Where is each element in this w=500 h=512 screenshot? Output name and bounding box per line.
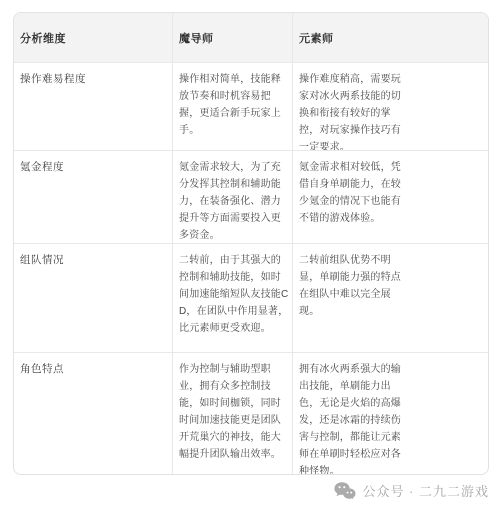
row-character-traits-label: 角色特点: [14, 353, 173, 474]
cell-text: 操作难度稍高，需要玩家对冰火两系技能的切换和衔接有较好的掌控，对玩家操作技巧有一…: [299, 71, 410, 151]
cell-pay-yuansushi: 氪金需求相对较低，凭借自身单刷能力，在较少氪金的情况下也能有不错的游戏体验。: [293, 151, 488, 244]
cell-team-modaoshi: 二转前，由于其强大的控制和辅助技能，如时间加速能缩短队友技能CD，在团队中作用显…: [173, 244, 293, 353]
header-cell-yuansushi: 元素师: [293, 13, 488, 63]
cell-traits-modaoshi: 作为控制与辅助型职业，拥有众多控制技能，如时间枷锁，同时时间加速技能更是团队开荒…: [173, 353, 293, 474]
cell-text: 拥有冰火两系强大的输出技能，单刷能力出色，无论是火焰的高爆发，还是冰霜的持续伤害…: [299, 361, 410, 474]
row-pay-degree-label: 氪金程度: [14, 151, 173, 244]
wechat-icon: [334, 482, 356, 499]
cell-text: 氪金需求相对较低，凭借自身单刷能力，在较少氪金的情况下也能有不错的游戏体验。: [299, 159, 410, 227]
cell-text: 氪金需求较大，为了充分发挥其控制和辅助能力，在装备强化、潜力提升等方面需要投入更…: [179, 159, 290, 244]
cell-operation-yuansushi: 操作难度稍高，需要玩家对冰火两系技能的切换和衔接有较好的掌控，对玩家操作技巧有一…: [293, 63, 488, 151]
cell-text: 作为控制与辅助型职业，拥有众多控制技能，如时间枷锁，同时时间加速技能更是团队开荒…: [179, 361, 290, 463]
cell-operation-modaoshi: 操作相对简单，技能释放节奏和时机容易把握，更适合新手玩家上手。: [173, 63, 293, 151]
header-cell-modaoshi: 魔导师: [173, 13, 293, 63]
cell-text: 二转前，由于其强大的控制和辅助技能，如时间加速能缩短队友技能CD，在团队中作用显…: [179, 252, 290, 337]
class-comparison-table: 分析维度 魔导师 元素师 操作难易程度 操作相对简单，技能释放节奏和时机容易把握…: [13, 12, 489, 475]
watermark-text: 公众号 · 二九二游戏: [362, 481, 489, 500]
watermark: 公众号 · 二九二游戏: [334, 481, 489, 500]
row-operation-difficulty-label: 操作难易程度: [14, 63, 173, 151]
cell-text: 二转前组队优势不明显，单刷能力强的特点在组队中难以完全展现。: [299, 252, 410, 320]
header-cell-analysis-dimension: 分析维度: [14, 13, 173, 63]
cell-traits-yuansushi: 拥有冰火两系强大的输出技能，单刷能力出色，无论是火焰的高爆发，还是冰霜的持续伤害…: [293, 353, 488, 474]
table-grid: 分析维度 魔导师 元素师 操作难易程度 操作相对简单，技能释放节奏和时机容易把握…: [14, 13, 488, 474]
cell-text: 操作相对简单，技能释放节奏和时机容易把握，更适合新手玩家上手。: [179, 71, 290, 139]
row-team-situation-label: 组队情况: [14, 244, 173, 353]
cell-team-yuansushi: 二转前组队优势不明显，单刷能力强的特点在组队中难以完全展现。: [293, 244, 488, 353]
cell-pay-modaoshi: 氪金需求较大，为了充分发挥其控制和辅助能力，在装备强化、潜力提升等方面需要投入更…: [173, 151, 293, 244]
